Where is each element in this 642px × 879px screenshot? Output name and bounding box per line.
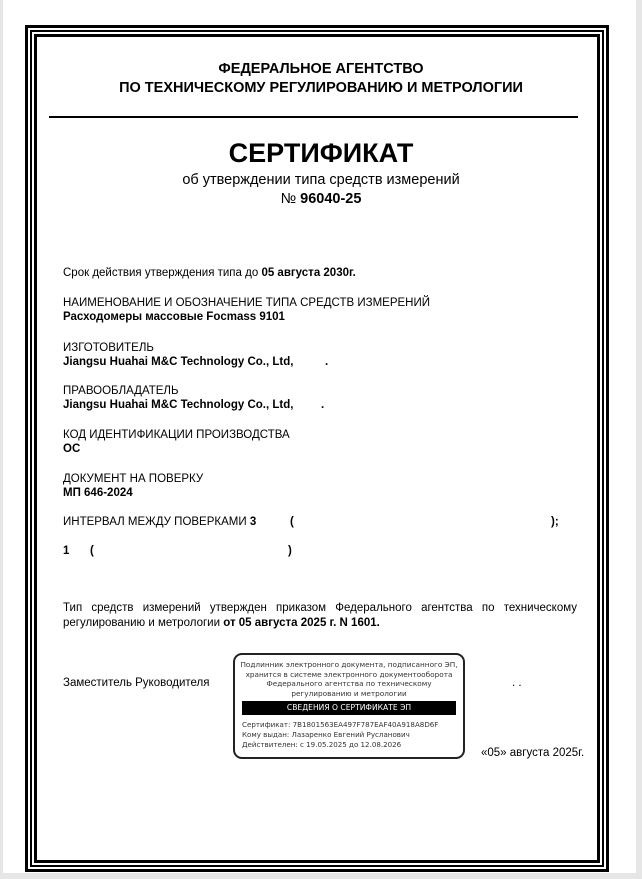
stamp-issued-to: Кому выдан: Лазаренко Евгений Русланович	[242, 730, 438, 740]
e-signature-stamp: Подлинник электронного документа, подпис…	[233, 653, 465, 759]
stamp-notice-line: Федерального агентства по техническому	[235, 679, 463, 689]
manufacturer-trail: .	[325, 355, 328, 369]
signatory-name-dots: . .	[512, 676, 522, 690]
interval-close-paren-2: )	[288, 544, 292, 558]
stamp-notice-line: регулированию и метрологии	[235, 689, 463, 699]
stamp-notice-line: хранится в системе электронного документ…	[235, 670, 463, 680]
number-value: 96040-25	[300, 191, 361, 207]
instrument-name-label: НАИМЕНОВАНИЕ И ОБОЗНАЧЕНИЕ ТИПА СРЕДСТВ …	[63, 296, 430, 310]
rights-holder-label: ПРАВООБЛАДАТЕЛЬ	[63, 384, 179, 398]
instrument-name-value: Расходомеры массовые Focmass 9101	[63, 310, 285, 324]
validity-line: Срок действия утверждения типа до 05 авг…	[63, 266, 356, 280]
header-divider	[49, 116, 578, 118]
stamp-notice: Подлинник электронного документа, подпис…	[235, 660, 463, 698]
agency-name-line2: ПО ТЕХНИЧЕСКОМУ РЕГУЛИРОВАНИЮ И МЕТРОЛОГ…	[0, 79, 642, 98]
stamp-details: Сертификат: 7B1801563EA497F787EAF40A918A…	[242, 720, 438, 750]
production-code-label: КОД ИДЕНТИФИКАЦИИ ПРОИЗВОДСТВА	[63, 428, 290, 442]
interval-value-2: 1	[63, 544, 69, 558]
agency-name-line1: ФЕДЕРАЛЬНОЕ АГЕНТСТВО	[0, 60, 642, 79]
stamp-certificate-id: Сертификат: 7B1801563EA497F787EAF40A918A…	[242, 720, 438, 730]
interval-close-paren-1: );	[551, 515, 559, 529]
stamp-banner: СВЕДЕНИЯ О СЕРТИФИКАТЕ ЭП	[242, 701, 456, 715]
production-code-value: ОС	[63, 442, 80, 456]
interval-value-1: 3	[250, 516, 256, 528]
approval-order-paragraph: Тип средств измерений утвержден приказом…	[63, 601, 577, 631]
manufacturer-value: Jiangsu Huahai M&C Technology Co., Ltd,	[63, 355, 293, 369]
certificate-number: № 96040-25	[0, 191, 642, 207]
manufacturer-label: ИЗГОТОВИТЕЛЬ	[63, 341, 154, 355]
rights-holder-trail: .	[321, 398, 324, 412]
certificate-title: СЕРТИФИКАТ	[0, 138, 642, 169]
verification-doc-value: МП 646-2024	[63, 486, 133, 500]
stamp-notice-line: Подлинник электронного документа, подпис…	[235, 660, 463, 670]
signatory-position: Заместитель Руководителя	[63, 676, 209, 690]
interval-label: ИНТЕРВАЛ МЕЖДУ ПОВЕРКАМИ	[63, 516, 247, 528]
order-reference: от 05 августа 2025 г. N 1601.	[223, 617, 380, 629]
verification-doc-label: ДОКУМЕНТ НА ПОВЕРКУ	[63, 472, 203, 486]
certificate-subtitle: об утверждении типа средств измерений	[0, 172, 642, 188]
signature-date: «05» августа 2025г.	[481, 746, 584, 760]
rights-holder-value: Jiangsu Huahai M&C Technology Co., Ltd,	[63, 398, 293, 412]
interval-line: ИНТЕРВАЛ МЕЖДУ ПОВЕРКАМИ 3	[63, 515, 256, 529]
number-prefix: №	[281, 191, 297, 207]
interval-open-paren-2: (	[90, 544, 94, 558]
stamp-validity: Действителен: с 19.05.2025 до 12.08.2026	[242, 740, 438, 750]
interval-open-paren-1: (	[290, 515, 294, 529]
validity-label: Срок действия утверждения типа до	[63, 267, 258, 279]
validity-date: 05 августа 2030г.	[261, 267, 355, 279]
